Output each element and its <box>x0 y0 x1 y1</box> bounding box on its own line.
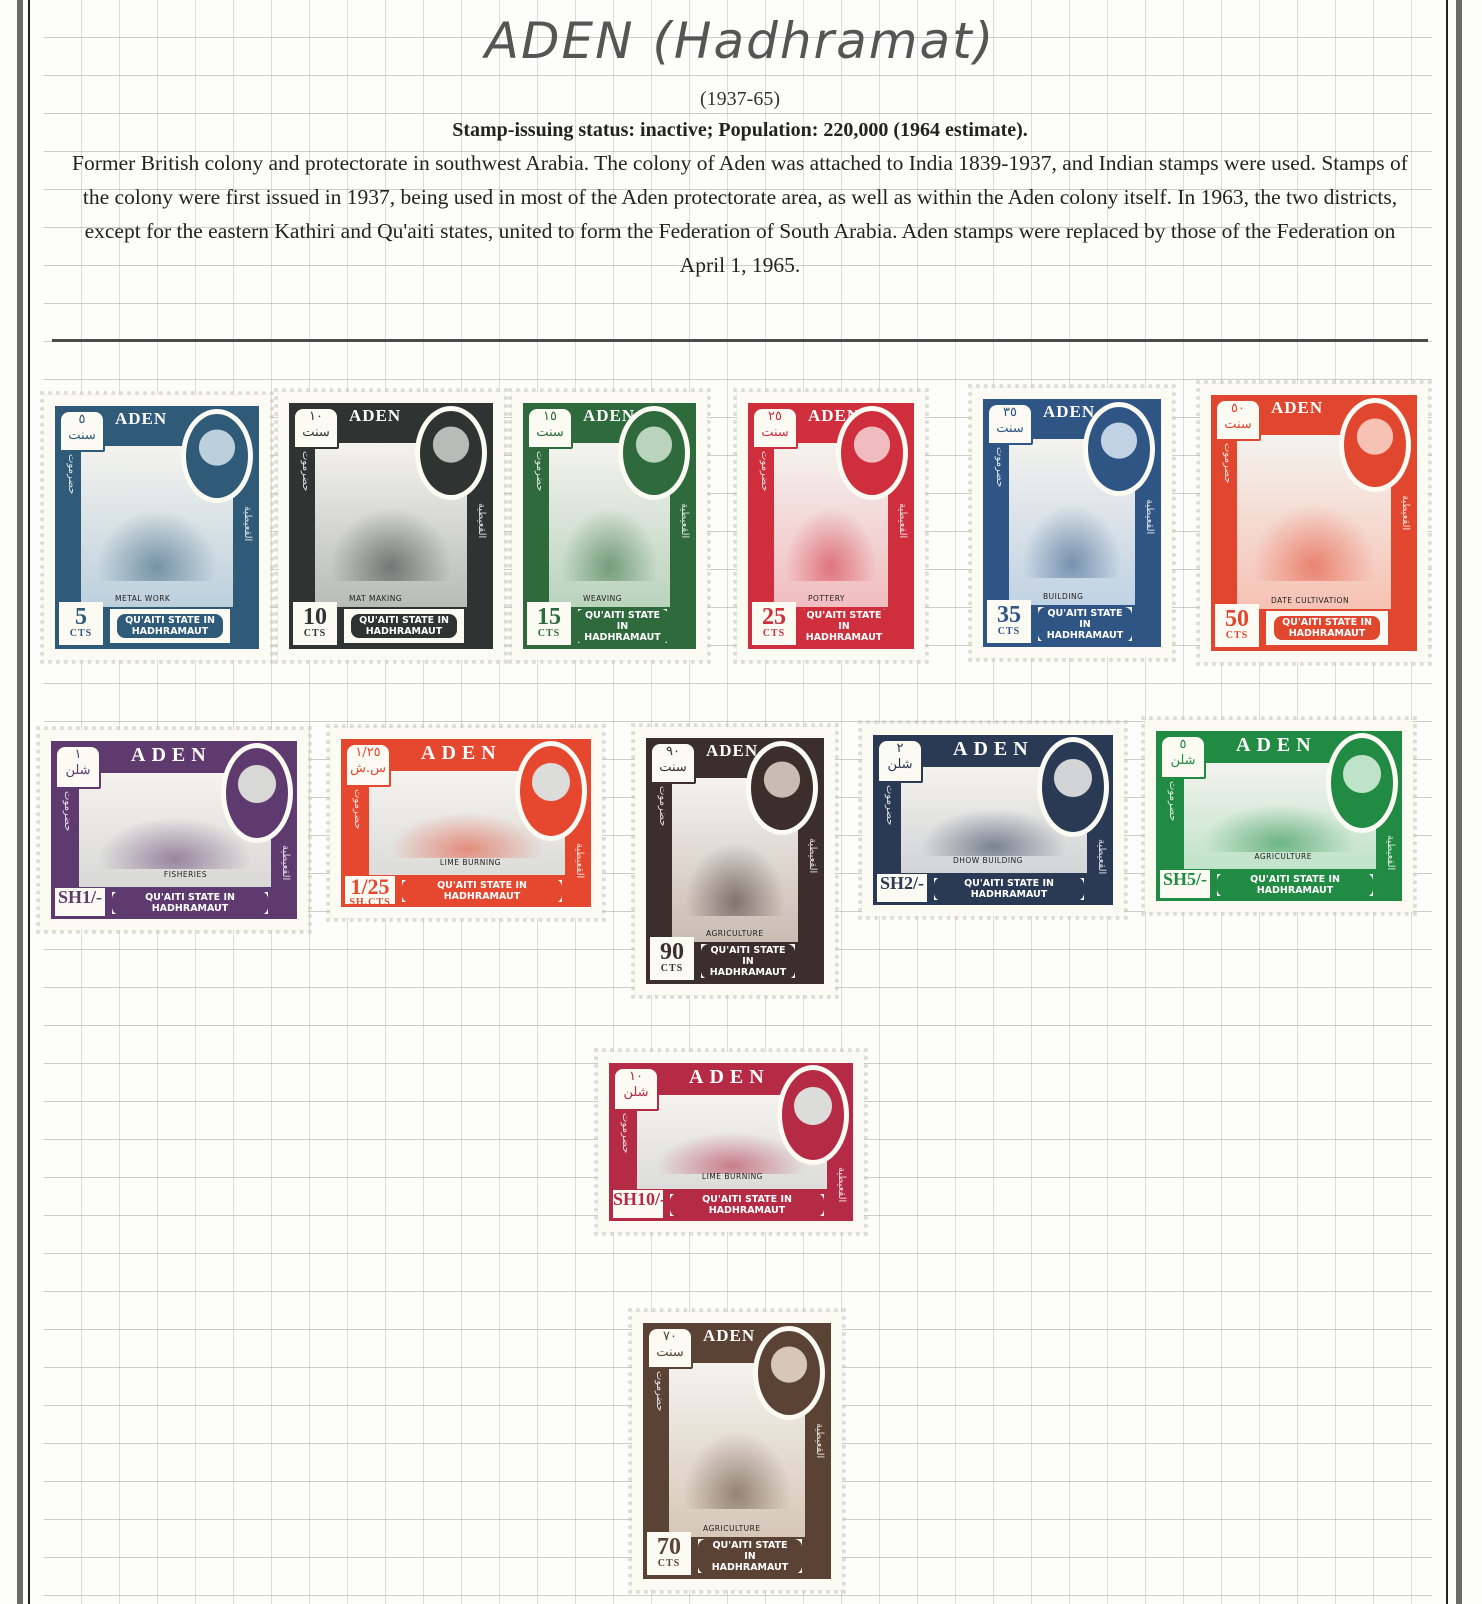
stamp: ADEN ٥سنت حضرموت القعيطية METAL WORK 5CT… <box>44 395 270 660</box>
stamp-state-label: QU'AITI STATE IN HADHRAMAUT <box>1216 873 1374 897</box>
stamp-state-label: QU'AITI STATE INHADHRAMAUT <box>1265 610 1389 646</box>
stamp-arabic-inscription-right: القعيطية <box>892 503 908 643</box>
page-border-left-inner <box>28 0 30 1604</box>
stamp-arabic-inscription-right: القعيطية <box>1380 835 1396 895</box>
stamp-frame: ADEN ١/٢٥س.ش حضرموت القعيطية LIME BURNIN… <box>341 739 591 907</box>
stamp-arabic-inscription-left: حضرموت <box>649 1371 665 1529</box>
stamp-denomination: SH1/- <box>55 888 105 916</box>
stamp-arabic-inscription-left: حضرموت <box>615 1113 631 1185</box>
stamp-arabic-value: ١٠سنت <box>293 407 339 449</box>
stamp-caption: METAL WORK <box>115 594 170 603</box>
stamp-frame: ADEN ٩٠سنت حضرموت القعيطية AGRICULTURE 9… <box>646 738 824 984</box>
stamp-state-label: QU'AITI STATE IN HADHRAMAUT <box>111 891 269 915</box>
stamp: ADEN ٥٠سنت حضرموت القعيطية DATE CULTIVAT… <box>1200 384 1428 662</box>
stamp: ADEN ١٠شلن حضرموت القعيطية LIME BURNING … <box>598 1052 864 1232</box>
sultan-portrait <box>746 741 818 835</box>
sultan-portrait <box>777 1065 849 1165</box>
stamp-country: ADEN <box>1043 402 1095 422</box>
stamp-arabic-value: ١٠شلن <box>613 1067 659 1111</box>
stamp-denomination: 35CTS <box>987 600 1031 643</box>
stamp-arabic-value: ١٥سنت <box>527 407 573 449</box>
sultan-portrait <box>1083 402 1155 496</box>
page-title: ADEN (Hadhramat) <box>40 12 1440 70</box>
stamp-arabic-inscription-right: القعيطية <box>237 506 253 643</box>
stamp-caption: POTTERY <box>808 594 845 603</box>
stamp-frame: ADEN ٧٠سنت حضرموت القعيطية AGRICULTURE 7… <box>643 1323 831 1579</box>
stamp-country: ADEN <box>953 738 1034 761</box>
stamp-arabic-inscription-left: حضرموت <box>754 451 770 599</box>
stamp: ADEN ١شلن حضرموت القعيطية FISHERIES SH1/… <box>40 730 308 930</box>
stamp-denomination: 50CTS <box>1215 604 1259 647</box>
stamp: ADEN ١٥سنت حضرموت القعيطية WEAVING 15CTS… <box>512 392 707 660</box>
years-range: (1937-65) <box>40 88 1440 111</box>
stamp-arabic-value: ٥٠سنت <box>1215 399 1261 441</box>
stamp-state-label: QU'AITI STATE INHADHRAMAUT <box>802 608 886 644</box>
stamp-denomination: SH10/- <box>613 1190 663 1218</box>
stamp-frame: ADEN ٥٠سنت حضرموت القعيطية DATE CULTIVAT… <box>1211 395 1417 651</box>
sultan-portrait <box>515 741 587 841</box>
stamp-denomination: 5CTS <box>59 602 103 645</box>
stamp-country: ADEN <box>1271 398 1323 418</box>
stamp-arabic-inscription-left: حضرموت <box>57 791 73 883</box>
stamp-country: ADEN <box>131 744 212 767</box>
stamp-country: ADEN <box>1236 734 1317 757</box>
stamp-arabic-inscription-right: القعيطية <box>802 838 818 978</box>
page-border-left-outer <box>17 0 23 1604</box>
stamp-arabic-value: ٧٠سنت <box>647 1327 693 1369</box>
stamp-arabic-inscription-right: القعيطية <box>1395 495 1411 645</box>
stamp-country: ADEN <box>349 406 401 426</box>
stamp-arabic-value: ٥شلن <box>1160 735 1206 779</box>
status-line: Stamp-issuing status: inactive; Populati… <box>40 119 1440 142</box>
stamp-frame: ADEN ١٠سنت حضرموت القعيطية MAT MAKING 10… <box>289 403 493 649</box>
stamp-arabic-inscription-left: حضرموت <box>879 785 895 869</box>
stamp-arabic-inscription-right: القعيطية <box>275 845 291 913</box>
stamp-arabic-inscription-left: حضرموت <box>61 454 77 599</box>
header-divider <box>52 339 1428 342</box>
description-paragraph: Former British colony and protectorate i… <box>60 146 1420 282</box>
stamp-denomination: 1/25SH.CTS <box>345 876 395 904</box>
stamp-denomination: SH2/- <box>877 874 927 902</box>
stamp-arabic-inscription-left: حضرموت <box>652 786 668 934</box>
stamp-arabic-value: ١/٢٥س.ش <box>345 743 391 787</box>
stamp: ADEN ٩٠سنت حضرموت القعيطية AGRICULTURE 9… <box>635 727 835 995</box>
stamp-frame: ADEN ٢٥سنت حضرموت القعيطية POTTERY 25CTS… <box>748 403 914 649</box>
stamp-frame: ADEN ٢شلن حضرموت القعيطية DHOW BUILDING … <box>873 735 1113 905</box>
stamp-arabic-inscription-left: حضرموت <box>989 447 1005 597</box>
stamp-caption: DHOW BUILDING <box>953 856 1023 865</box>
stamp-caption: AGRICULTURE <box>1254 852 1312 861</box>
stamp-caption: WEAVING <box>583 594 622 603</box>
stamp-denomination: 10CTS <box>293 602 337 645</box>
stamp-state-label: QU'AITI STATE INHADHRAMAUT <box>343 608 465 644</box>
stamp-denomination: 25CTS <box>752 602 796 645</box>
stamp-arabic-inscription-right: القعيطية <box>1139 499 1155 641</box>
stamp-arabic-inscription-left: حضرموت <box>347 789 363 871</box>
stamp: ADEN ٢٥سنت حضرموت القعيطية POTTERY 25CTS… <box>737 392 925 660</box>
stamp-state-label: QU'AITI STATE INHADHRAMAUT <box>109 608 231 644</box>
stamp: ADEN ١/٢٥س.ش حضرموت القعيطية LIME BURNIN… <box>330 728 602 918</box>
stamp-country: ADEN <box>421 742 502 765</box>
stamp-caption: AGRICULTURE <box>706 929 764 938</box>
page-border-right-outer <box>1456 0 1462 1604</box>
stamp-arabic-inscription-right: القعيطية <box>831 1167 847 1215</box>
stamp: ADEN ٧٠سنت حضرموت القعيطية AGRICULTURE 7… <box>632 1312 842 1590</box>
sultan-portrait <box>1339 398 1411 492</box>
sultan-portrait <box>618 406 690 500</box>
sultan-portrait <box>221 743 293 843</box>
stamp: ADEN ٢شلن حضرموت القعيطية DHOW BUILDING … <box>862 724 1124 916</box>
stamp-denomination: SH5/- <box>1160 870 1210 898</box>
stamp-country: ADEN <box>115 409 167 429</box>
sultan-portrait <box>1326 733 1398 833</box>
stamp: ADEN ١٠سنت حضرموت القعيطية MAT MAKING 10… <box>278 392 504 660</box>
stamp-arabic-inscription-left: حضرموت <box>295 451 311 599</box>
stamp-arabic-inscription-right: القعيطية <box>674 503 690 643</box>
stamp-denomination: 15CTS <box>527 602 571 645</box>
stamp-state-label: QU'AITI STATE INHADHRAMAUT <box>577 608 668 644</box>
stamp-arabic-inscription-left: حضرموت <box>1217 443 1233 601</box>
sultan-portrait <box>181 409 253 503</box>
stamp-frame: ADEN ٥سنت حضرموت القعيطية METAL WORK 5CT… <box>55 406 259 649</box>
page-border-right-inner <box>1446 0 1448 1604</box>
stamp-country: ADEN <box>689 1066 770 1089</box>
stamp-arabic-inscription-left: حضرموت <box>1162 781 1178 865</box>
stamp-state-label: QU'AITI STATE IN HADHRAMAUT <box>933 877 1085 901</box>
stamp-caption: LIME BURNING <box>440 858 501 867</box>
sultan-portrait <box>415 406 487 500</box>
stamp-frame: ADEN ٥شلن حضرموت القعيطية AGRICULTURE SH… <box>1156 731 1402 901</box>
stamp-state-label: QU'AITI STATE INHADHRAMAUT <box>697 1538 803 1574</box>
stamp-arabic-value: ٩٠سنت <box>650 742 696 784</box>
stamp-caption: FISHERIES <box>164 870 207 879</box>
stamp-caption: AGRICULTURE <box>703 1524 761 1533</box>
stamp-arabic-inscription-right: القعيطية <box>809 1423 825 1573</box>
stamp-arabic-inscription-right: القعيطية <box>1091 839 1107 899</box>
stamp-state-label: QU'AITI STATE INHADHRAMAUT <box>1037 606 1133 642</box>
stamp-frame: ADEN ٣٥سنت حضرموت القعيطية BUILDING 35CT… <box>983 399 1161 647</box>
stamp-arabic-value: ٢شلن <box>877 739 923 783</box>
stamp-arabic-inscription-right: القعيطية <box>569 843 585 901</box>
stamp-arabic-inscription-left: حضرموت <box>529 451 545 599</box>
stamp-caption: MAT MAKING <box>349 594 402 603</box>
stamp-caption: DATE CULTIVATION <box>1271 596 1349 605</box>
stamp-state-label: QU'AITI STATE INHADHRAMAUT <box>700 943 796 979</box>
stamp-state-label: QU'AITI STATE IN HADHRAMAUT <box>669 1193 825 1217</box>
stamp: ADEN ٣٥سنت حضرموت القعيطية BUILDING 35CT… <box>972 388 1172 658</box>
sultan-portrait <box>836 406 908 500</box>
stamp-denomination: 70CTS <box>647 1532 691 1575</box>
sultan-portrait <box>753 1326 825 1420</box>
sultan-portrait <box>1037 737 1109 837</box>
stamp: ADEN ٥شلن حضرموت القعيطية AGRICULTURE SH… <box>1145 720 1413 912</box>
stamp-frame: ADEN ١شلن حضرموت القعيطية FISHERIES SH1/… <box>51 741 297 919</box>
stamp-caption: LIME BURNING <box>702 1172 763 1181</box>
stamp-denomination: 90CTS <box>650 937 694 980</box>
stamp-country: ADEN <box>706 741 758 761</box>
stamp-state-label: QU'AITI STATE IN HADHRAMAUT <box>401 879 563 903</box>
stamp-arabic-value: ١شلن <box>55 745 101 789</box>
stamp-caption: BUILDING <box>1043 592 1083 601</box>
stamp-arabic-value: ٣٥سنت <box>987 403 1033 445</box>
stamp-country: ADEN <box>703 1326 755 1346</box>
stamp-arabic-value: ٥سنت <box>59 410 105 452</box>
stamp-arabic-inscription-right: القعيطية <box>471 503 487 643</box>
stamp-frame: ADEN ١٠شلن حضرموت القعيطية LIME BURNING … <box>609 1063 853 1221</box>
stamp-arabic-value: ٢٥سنت <box>752 407 798 449</box>
stamp-frame: ADEN ١٥سنت حضرموت القعيطية WEAVING 15CTS… <box>523 403 696 649</box>
